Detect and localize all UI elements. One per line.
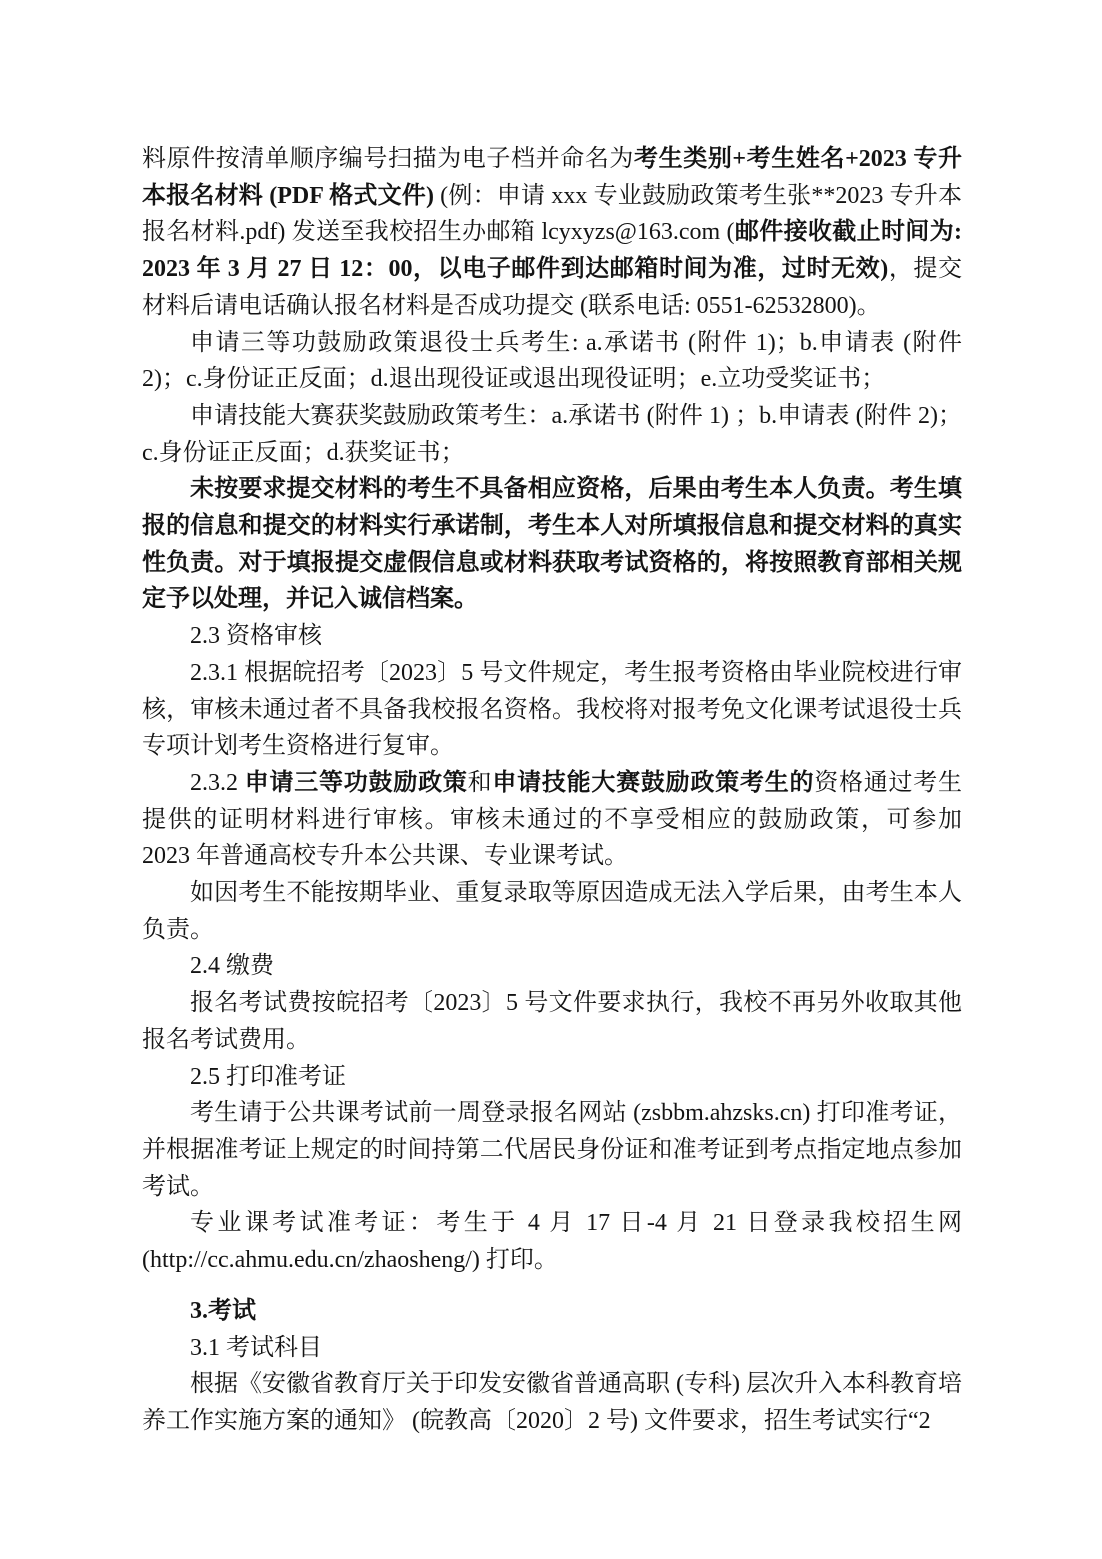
paragraph-material-submission: 料原件按清单顺序编号扫描为电子档并命名为考生类别+考生姓名+2023 专升本报名…: [142, 141, 962, 325]
paragraph-veteran-merit-materials: 申请三等功鼓励政策退役士兵考生: a.承诺书 (附件 1)；b.申请表 (附件 …: [142, 325, 962, 398]
paragraph-enrollment-failure-responsibility: 如因考生不能按期毕业、重复录取等原因造成无法入学后果，由考生本人负责。: [142, 875, 962, 948]
text-run: 2.3.1 根据皖招考〔2023〕5 号文件规定，考生报考资格由毕业院校进行审核…: [142, 660, 962, 759]
text-run: 3.1 考试科目: [190, 1335, 322, 1361]
text-run: 和: [468, 770, 493, 796]
paragraph-skills-competition-materials: 申请技能大赛获奖鼓励政策考生：a.承诺书 (附件 1) ；b.申请表 (附件 2…: [142, 398, 962, 471]
paragraph-public-course-ticket: 考生请于公共课考试前一周登录报名网站 (zsbbm.ahzsks.cn) 打印准…: [142, 1095, 962, 1205]
paragraph-exam-fee: 报名考试费按皖招考〔2023〕5 号文件要求执行，我校不再另外收取其他报名考试费…: [142, 985, 962, 1058]
text-run: 2.5 打印准考证: [190, 1064, 346, 1090]
text-run: 2.3.2: [190, 770, 245, 796]
paragraph-exam-subjects-basis: 根据《安徽省教育厅关于印发安徽省普通高职 (专科) 层次升入本科教育培养工作实施…: [142, 1366, 962, 1439]
text-run: 2.3 资格审核: [190, 623, 322, 649]
heading-3-exam: 3.考试: [142, 1293, 962, 1330]
paragraph-responsibility-notice: 未按要求提交材料的考生不具备相应资格，后果由考生本人负责。考生填报的信息和提交的…: [142, 471, 962, 618]
heading-2-4-payment: 2.4 缴费: [142, 948, 962, 985]
text-run: 如因考生不能按期毕业、重复录取等原因造成无法入学后果，由考生本人负责。: [142, 880, 962, 943]
heading-2-5-print-admission-ticket: 2.5 打印准考证: [142, 1059, 962, 1096]
text-run: 申请三等功鼓励政策退役士兵考生: a.承诺书 (附件 1)；b.申请表 (附件 …: [142, 330, 962, 393]
bold-text-run: 申请技能大赛鼓励政策考生的: [492, 770, 814, 796]
bold-text-run: 未按要求提交材料的考生不具备相应资格，后果由考生本人负责。考生填报的信息和提交的…: [142, 476, 962, 612]
text-run: 料原件按清单顺序编号扫描为电子档并命名为: [142, 146, 634, 172]
bold-text-run: 申请三等功鼓励政策: [245, 770, 468, 796]
heading-3-1-exam-subjects: 3.1 考试科目: [142, 1330, 962, 1367]
text-run: 报名考试费按皖招考〔2023〕5 号文件要求执行，我校不再另外收取其他报名考试费…: [142, 990, 962, 1053]
text-run: 考生请于公共课考试前一周登录报名网站 (zsbbm.ahzsks.cn) 打印准…: [142, 1100, 962, 1199]
text-run: 根据《安徽省教育厅关于印发安徽省普通高职 (专科) 层次升入本科教育培养工作实施…: [142, 1371, 962, 1434]
text-run: 专业课考试准考证：考生于 4 月 17 日-4 月 21 日登录我校招生网 (h…: [142, 1210, 962, 1273]
paragraph-2-3-1: 2.3.1 根据皖招考〔2023〕5 号文件规定，考生报考资格由毕业院校进行审核…: [142, 655, 962, 765]
heading-2-3-qualification-review: 2.3 资格审核: [142, 618, 962, 655]
document-body: 料原件按清单顺序编号扫描为电子档并命名为考生类别+考生姓名+2023 专升本报名…: [142, 141, 962, 1440]
document-page: 料原件按清单顺序编号扫描为电子档并命名为考生类别+考生姓名+2023 专升本报名…: [0, 0, 1102, 1559]
text-run: 申请技能大赛获奖鼓励政策考生：a.承诺书 (附件 1) ；b.申请表 (附件 2…: [142, 403, 962, 466]
text-run: 2.4 缴费: [190, 953, 274, 979]
paragraph-major-course-ticket: 专业课考试准考证：考生于 4 月 17 日-4 月 21 日登录我校招生网 (h…: [142, 1205, 962, 1278]
bold-text-run: 3.考试: [190, 1298, 256, 1324]
paragraph-2-3-2: 2.3.2 申请三等功鼓励政策和申请技能大赛鼓励政策考生的资格通过考生提供的证明…: [142, 765, 962, 875]
